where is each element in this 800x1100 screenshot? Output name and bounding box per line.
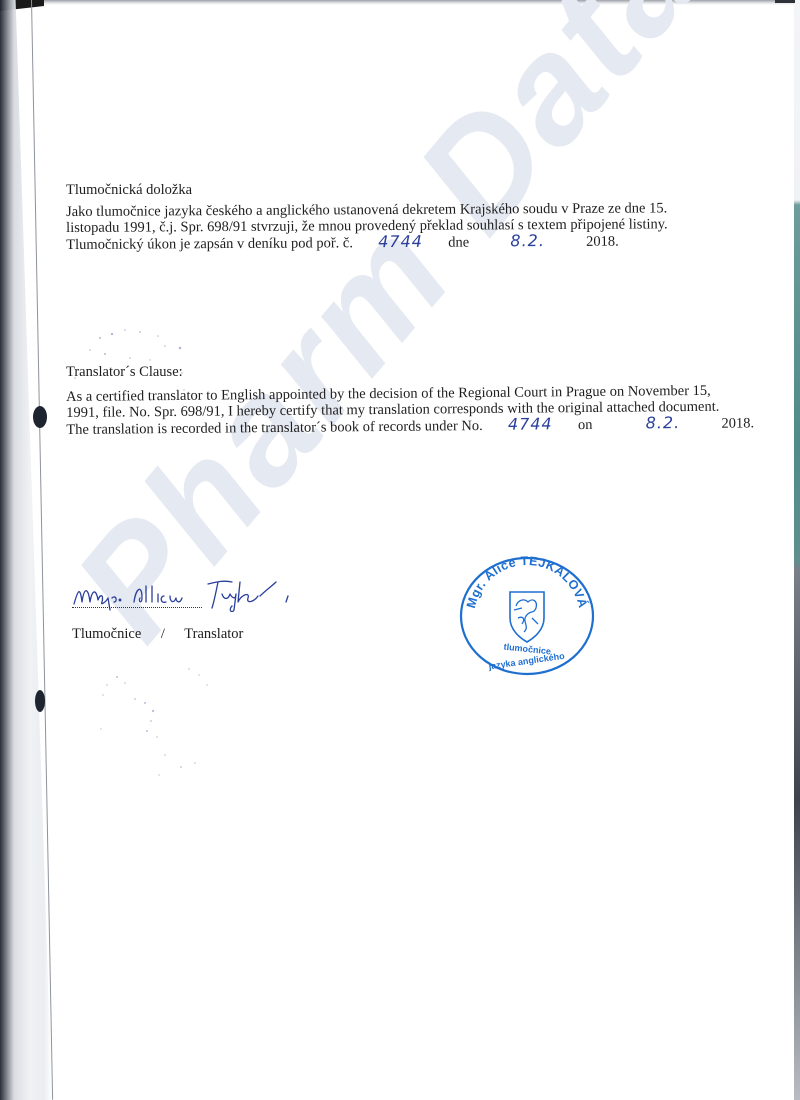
czech-date-label: dne — [448, 235, 469, 251]
embossed-seal-residue — [95, 655, 215, 785]
document-page: Tlumočnická doložka Jako tlumočnice jazy… — [0, 0, 800, 1100]
czech-year: 2018. — [586, 234, 619, 250]
czech-clause-heading: Tlumočnická doložka — [66, 182, 192, 198]
english-clause-heading: Translator´s Clause: — [66, 364, 183, 380]
english-date-label: on — [578, 417, 593, 433]
english-year: 2018. — [721, 415, 754, 431]
english-clause-body: As a certified translator to English app… — [66, 383, 706, 438]
english-record-number-handwritten: 4744 — [508, 416, 553, 432]
signature-line — [72, 607, 202, 608]
czech-record-prefix: Tlumočnický úkon je zapsán v deníku pod … — [66, 235, 353, 253]
english-date-handwritten: 8.2. — [646, 415, 681, 431]
signature-caption: Tlumočnice / Translator — [72, 626, 243, 643]
role-separator: / — [161, 626, 165, 643]
embossed-seal-residue — [70, 318, 190, 398]
czech-record-number-handwritten: 4744 — [378, 234, 423, 250]
czech-date-handwritten: 8.2. — [510, 233, 545, 249]
czech-clause-body: Jako tlumočnice jazyka českého a anglick… — [66, 200, 706, 253]
coat-of-arms-icon — [510, 592, 544, 642]
role-english: Translator — [184, 626, 243, 642]
official-stamp: Mgr. Alice TEJKALOVÁ tlumočnice jazyka a… — [452, 548, 602, 678]
role-czech: Tlumočnice — [72, 626, 141, 642]
english-record-prefix: The translation is recorded in the trans… — [66, 418, 482, 438]
handwritten-signature: Mgr. Alice Tejkalová — [72, 572, 322, 612]
czech-clause-line-3: Tlumočnický úkon je zapsán v deníku pod … — [66, 232, 706, 253]
